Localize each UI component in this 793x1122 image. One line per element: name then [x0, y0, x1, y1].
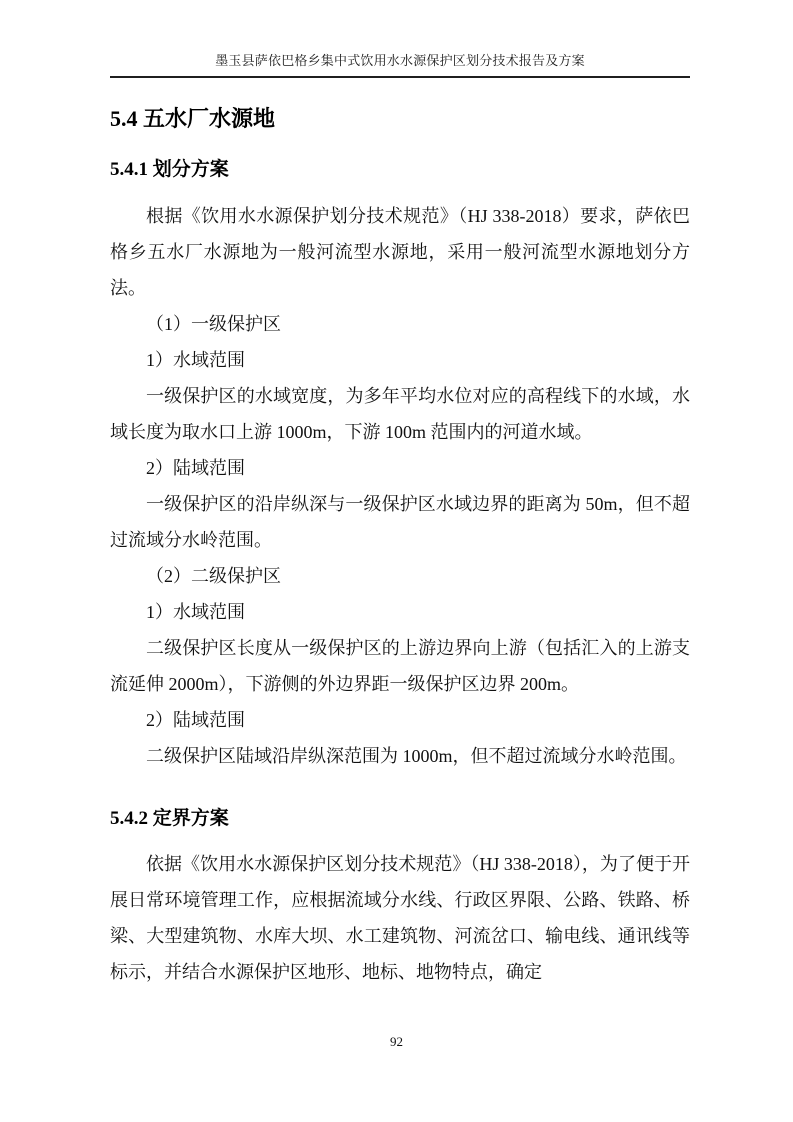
- paragraph: 依据《饮用水水源保护区划分技术规范》（HJ 338-2018），为了便于开展日常…: [110, 846, 690, 990]
- paragraph: 一级保护区的沿岸纵深与一级保护区水域边界的距离为 50m，但不超过流域分水岭范围…: [110, 486, 690, 558]
- section-heading-5-4-2: 5.4.2 定界方案: [110, 807, 690, 831]
- list-item-heading: （2）二级保护区: [110, 558, 690, 594]
- list-item-heading: 2）陆域范围: [110, 450, 690, 486]
- page-number: 92: [0, 1034, 793, 1050]
- list-item-heading: 1）水域范围: [110, 342, 690, 378]
- list-item-heading: 1）水域范围: [110, 594, 690, 630]
- running-header: 墨玉县萨依巴格乡集中式饮用水水源保护区划分技术报告及方案: [110, 53, 690, 78]
- list-item-heading: 2）陆域范围: [110, 702, 690, 738]
- paragraph: 二级保护区长度从一级保护区的上游边界向上游（包括汇入的上游支流延伸 2000m）…: [110, 630, 690, 702]
- list-item-heading: （1）一级保护区: [110, 306, 690, 342]
- paragraph: 一级保护区的水域宽度，为多年平均水位对应的高程线下的水域，水域长度为取水口上游 …: [110, 378, 690, 450]
- paragraph: 根据《饮用水水源保护划分技术规范》（HJ 338-2018）要求，萨依巴格乡五水…: [110, 198, 690, 306]
- section-heading-5-4-1: 5.4.1 划分方案: [110, 158, 690, 182]
- paragraph: 二级保护区陆域沿岸纵深范围为 1000m，但不超过流域分水岭范围。: [110, 738, 690, 774]
- page-content: 墨玉县萨依巴格乡集中式饮用水水源保护区划分技术报告及方案 5.4 五水厂水源地 …: [110, 0, 690, 990]
- section-heading-5-4: 5.4 五水厂水源地: [110, 106, 690, 132]
- document-page: 墨玉县萨依巴格乡集中式饮用水水源保护区划分技术报告及方案 5.4 五水厂水源地 …: [0, 0, 793, 1122]
